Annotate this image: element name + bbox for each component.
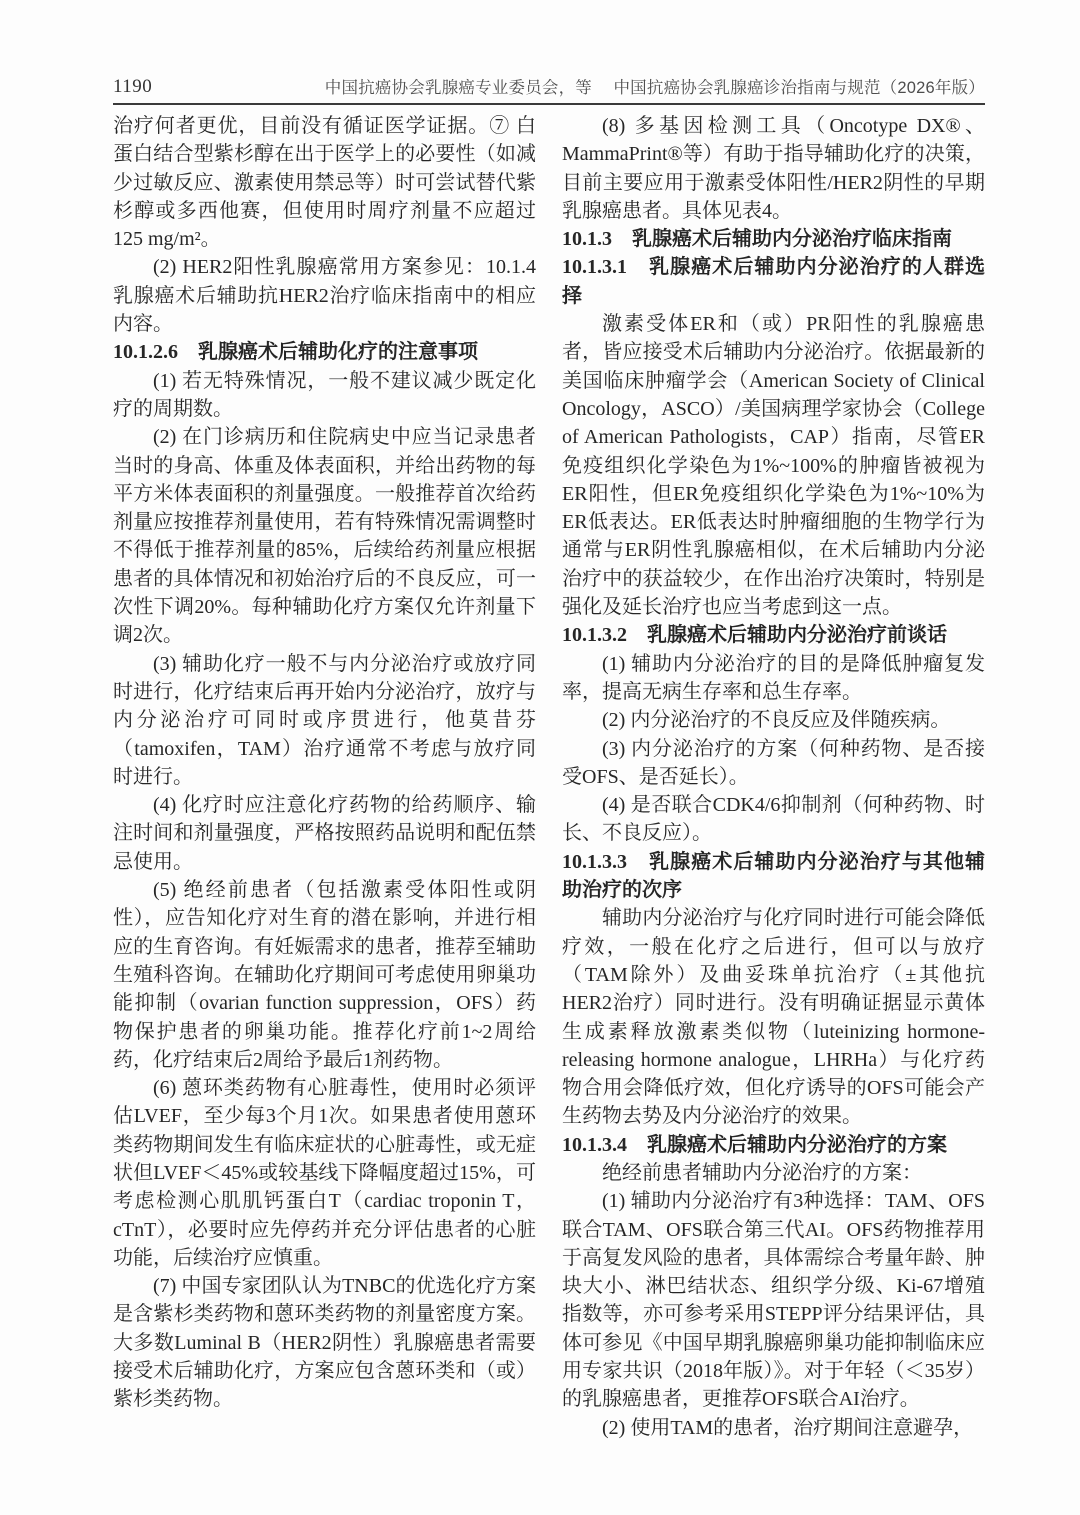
left-column: 治疗何者更优，目前没有循证医学证据。⑦ 白蛋白结合型紫杉醇在出于医学上的必要性（… — [113, 112, 536, 1442]
paragraph: 辅助内分泌治疗与化疗同时进行可能会降低疗效，一般在化疗之后进行，但可以与放疗（T… — [562, 904, 985, 1130]
paragraph: (4) 是否联合CDK4/6抑制剂（何种药物、时长、不良反应）。 — [562, 791, 985, 848]
paragraph: (2) 内分泌治疗的不良反应及伴随疾病。 — [562, 706, 985, 734]
paragraph: (5) 绝经前患者（包括激素受体阳性或阴性），应告知化疗对生育的潜在影响，并进行… — [113, 876, 536, 1074]
document-page: 1190 中国抗癌协会乳腺癌专业委员会，等 中国抗癌协会乳腺癌诊治指南与规范（2… — [0, 0, 1080, 1515]
paragraph: (3) 辅助化疗一般不与内分泌治疗或放疗同时进行，化疗结束后再开始内分泌治疗，放… — [113, 650, 536, 791]
paragraph: (1) 辅助内分泌治疗的目的是降低肿瘤复发率，提高无病生存率和总生存率。 — [562, 650, 985, 707]
paragraph: 激素受体ER和（或）PR阳性的乳腺癌患者，皆应接受术后辅助内分泌治疗。依据最新的… — [562, 310, 985, 621]
page-header: 1190 中国抗癌协会乳腺癌专业委员会，等 中国抗癌协会乳腺癌诊治指南与规范（2… — [113, 74, 985, 105]
paragraph: (2) 在门诊病历和住院病史中应当记录患者当时的身高、体重及体表面积，并给出药物… — [113, 423, 536, 649]
paragraph: (1) 若无特殊情况，一般不建议减少既定化疗的周期数。 — [113, 367, 536, 424]
section-heading: 10.1.3.1 乳腺癌术后辅助内分泌治疗的人群选择 — [562, 253, 985, 310]
paragraph: 治疗何者更优，目前没有循证医学证据。⑦ 白蛋白结合型紫杉醇在出于医学上的必要性（… — [113, 112, 536, 253]
paragraph: (2) HER2阳性乳腺癌常用方案参见：10.1.4乳腺癌术后辅助抗HER2治疗… — [113, 253, 536, 338]
paragraph: (7) 中国专家团队认为TNBC的优选化疗方案是含紫杉类药物和蒽环类药物的剂量密… — [113, 1272, 536, 1413]
paragraph: (3) 内分泌治疗的方案（何种药物、是否接受OFS、是否延长）。 — [562, 735, 985, 792]
page-number: 1190 — [113, 76, 152, 98]
running-header-title: 中国抗癌协会乳腺癌专业委员会，等 中国抗癌协会乳腺癌诊治指南与规范（2026年版… — [325, 74, 985, 98]
paragraph: (2) 使用TAM的患者，治疗期间注意避孕， — [562, 1414, 985, 1442]
paragraph: (4) 化疗时应注意化疗药物的给药顺序、输注时间和剂量强度，严格按照药品说明和配… — [113, 791, 536, 876]
section-heading: 10.1.3.3 乳腺癌术后辅助内分泌治疗与其他辅助治疗的次序 — [562, 848, 985, 905]
section-heading: 10.1.2.6 乳腺癌术后辅助化疗的注意事项 — [113, 338, 536, 366]
section-heading: 10.1.3.2 乳腺癌术后辅助内分泌治疗前谈话 — [562, 621, 985, 649]
paragraph: (8) 多基因检测工具（Oncotype DX®、MammaPrint®等）有助… — [562, 112, 985, 225]
paragraph: (6) 蒽环类药物有心脏毒性，使用时必须评估LVEF，至少每3个月1次。如果患者… — [113, 1074, 536, 1272]
paragraph: 绝经前患者辅助内分泌治疗的方案： — [562, 1159, 985, 1187]
right-column: (8) 多基因检测工具（Oncotype DX®、MammaPrint®等）有助… — [562, 112, 985, 1442]
paragraph: (1) 辅助内分泌治疗有3种选择：TAM、OFS联合TAM、OFS联合第三代AI… — [562, 1187, 985, 1413]
page-body: 治疗何者更优，目前没有循证医学证据。⑦ 白蛋白结合型紫杉醇在出于医学上的必要性（… — [113, 112, 985, 1442]
section-heading: 10.1.3 乳腺癌术后辅助内分泌治疗临床指南 — [562, 225, 985, 253]
section-heading: 10.1.3.4 乳腺癌术后辅助内分泌治疗的方案 — [562, 1131, 985, 1159]
